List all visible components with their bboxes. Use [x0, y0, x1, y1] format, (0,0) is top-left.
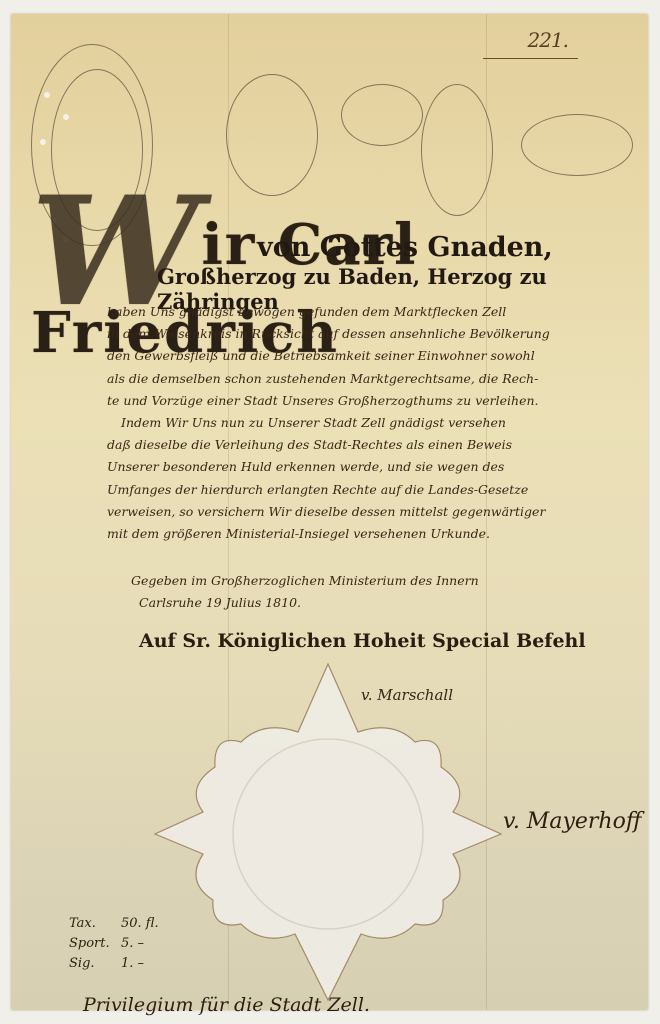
- body-line: in dem Wiesenkreis in Rücksicht auf dess…: [107, 323, 647, 345]
- fee-label: Tax.: [69, 914, 121, 934]
- serial-number: 221.: [527, 28, 568, 52]
- fee-value: 1. –: [121, 954, 144, 974]
- body-line: daß dieselbe die Verleihung des Stadt-Re…: [107, 434, 647, 456]
- signature-second: v. Mayerhoff: [503, 809, 641, 834]
- body-line: den Gewerbsfleiß und die Betriebsamkeit …: [107, 345, 647, 367]
- body-line: Umfanges der hierdurch erlangten Rechte …: [107, 479, 647, 501]
- fee-row: Tax. 50. fl.: [69, 914, 159, 934]
- body-line: te und Vorzüge einer Stadt Unseres Großh…: [107, 390, 647, 412]
- body-line: haben Uns gnädigst bewogen gefunden dem …: [107, 301, 647, 323]
- fees-list: Tax. 50. fl. Sport. 5. – Sig. 1. –: [69, 914, 159, 974]
- fee-label: Sig.: [69, 954, 121, 974]
- given-at-place: Gegeben im Großherzoglichen Ministerium …: [131, 570, 651, 592]
- signature-first: v. Marschall: [361, 686, 453, 704]
- heading-by-grace: von Gottes Gnaden,: [257, 232, 553, 263]
- given-at: Gegeben im Großherzoglichen Ministerium …: [131, 570, 651, 614]
- document-paper: 221. Wir Carl Friedrich von Gottes Gnade…: [11, 14, 648, 1010]
- body-line: verweisen, so versichern Wir dieselbe de…: [107, 501, 647, 523]
- fee-row: Sport. 5. –: [69, 934, 159, 954]
- star-seal-icon: [153, 662, 503, 1002]
- body-line: mit dem größeren Ministerial-Insiegel ve…: [107, 523, 647, 545]
- fee-value: 5. –: [121, 934, 144, 954]
- fee-row: Sig. 1. –: [69, 954, 159, 974]
- footer-title: Privilegium für die Stadt Zell.: [83, 994, 370, 1016]
- fee-value: 50. fl.: [121, 914, 159, 934]
- body-line: Unserer besonderen Huld erkennen werde, …: [107, 456, 647, 478]
- fee-label: Sport.: [69, 934, 121, 954]
- body-line: als die demselben schon zustehenden Mark…: [107, 368, 647, 390]
- serial-underline: [483, 58, 578, 59]
- special-order: Auf Sr. Königlichen Hoheit Special Befeh…: [139, 630, 586, 652]
- body-line: Indem Wir Uns nun zu Unserer Stadt Zell …: [107, 412, 647, 434]
- document-body: haben Uns gnädigst bewogen gefunden dem …: [107, 301, 647, 545]
- given-at-date: Carlsruhe 19 Julius 1810.: [131, 592, 651, 614]
